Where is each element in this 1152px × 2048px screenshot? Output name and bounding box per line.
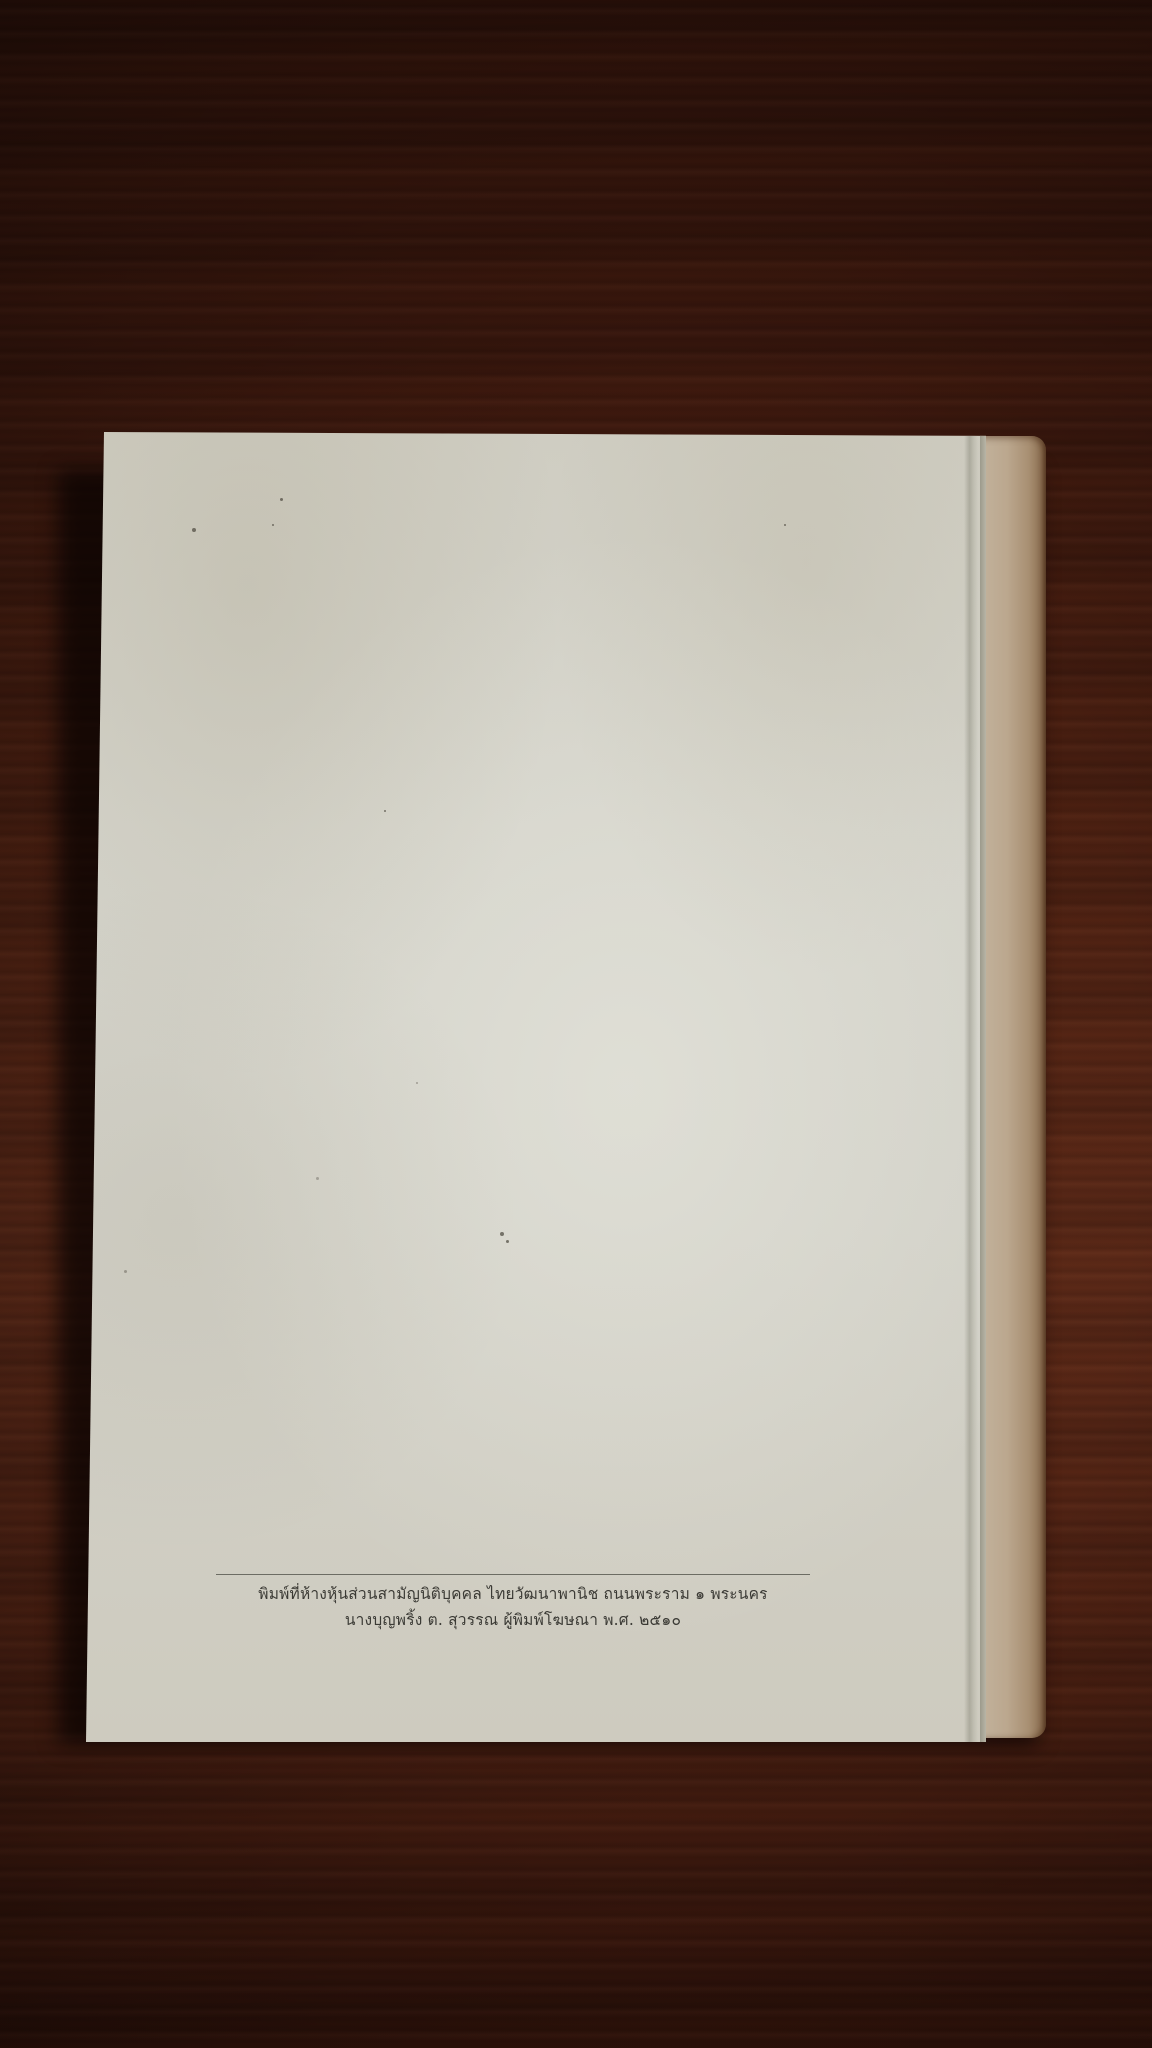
cover-fold-line xyxy=(980,432,986,1742)
paper-speck xyxy=(280,498,283,501)
cover-hinge-shadow xyxy=(964,432,978,1742)
paper-speck xyxy=(272,524,274,526)
paper-speck xyxy=(500,1232,504,1236)
paper-speck xyxy=(384,810,386,812)
printer-imprint: พิมพ์ที่ห้างหุ้นส่วนสามัญนิติบุคคล ไทยวั… xyxy=(216,1574,810,1633)
paper-speck xyxy=(784,524,786,526)
paper-speck xyxy=(316,1177,319,1180)
paper-speck xyxy=(416,1082,418,1084)
paper-speck xyxy=(506,1240,509,1243)
book-back-cover xyxy=(86,432,986,1742)
imprint-line-printer: พิมพ์ที่ห้างหุ้นส่วนสามัญนิติบุคคล ไทยวั… xyxy=(216,1581,810,1607)
imprint-divider xyxy=(216,1574,810,1575)
paper-speck xyxy=(192,528,196,532)
imprint-line-publisher-year: นางบุญพริ้ง ต. สุวรรณ ผู้พิมพ์โฆษณา พ.ศ.… xyxy=(216,1607,810,1633)
paper-speck xyxy=(124,1270,127,1273)
